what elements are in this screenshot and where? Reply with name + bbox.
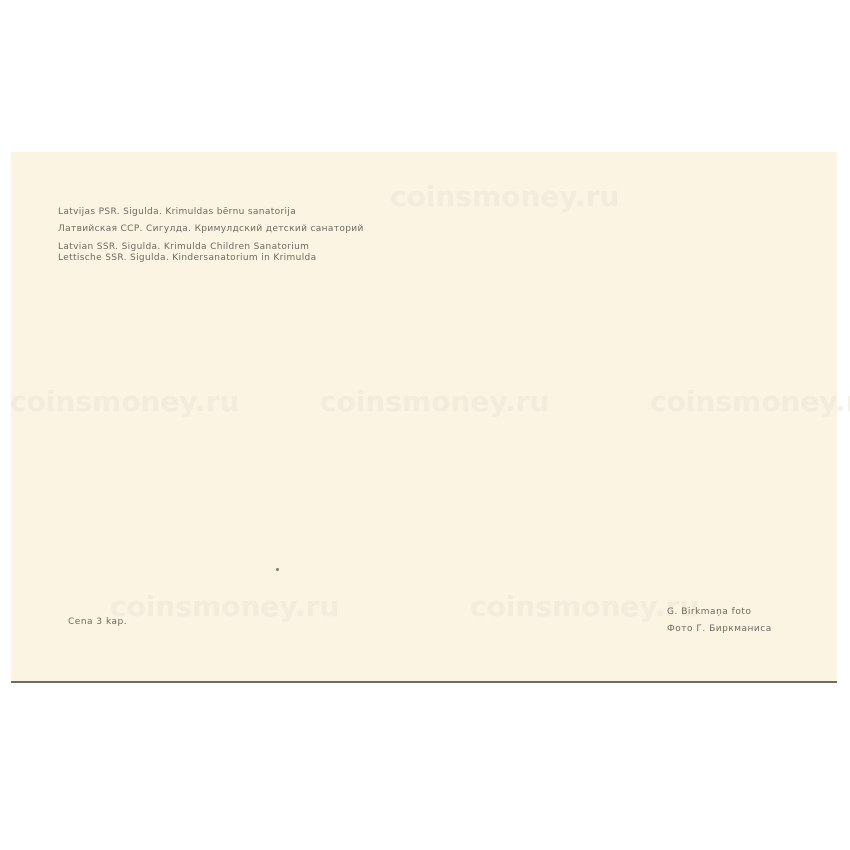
caption-german: Lettische SSR. Sigulda. Kindersanatorium…	[58, 253, 364, 264]
photo-credit-latin: G. Birkmaņa foto	[667, 607, 772, 618]
photo-credit: G. Birkmaņa foto Фото Г. Биркманиса	[667, 607, 772, 635]
print-speck	[276, 568, 279, 571]
postcard-caption: Latvijas PSR. Sigulda. Krimuldas bērnu s…	[58, 207, 364, 264]
caption-latvian: Latvijas PSR. Sigulda. Krimuldas bērnu s…	[58, 207, 364, 218]
price-label: Cena 3 kap.	[68, 617, 127, 627]
caption-russian: Латвийская ССР. Сигулда. Кримулдский дет…	[58, 224, 364, 235]
photo-credit-cyrillic: Фото Г. Биркманиса	[667, 624, 772, 635]
caption-english: Latvian SSR. Sigulda. Krimulda Children …	[58, 242, 364, 253]
